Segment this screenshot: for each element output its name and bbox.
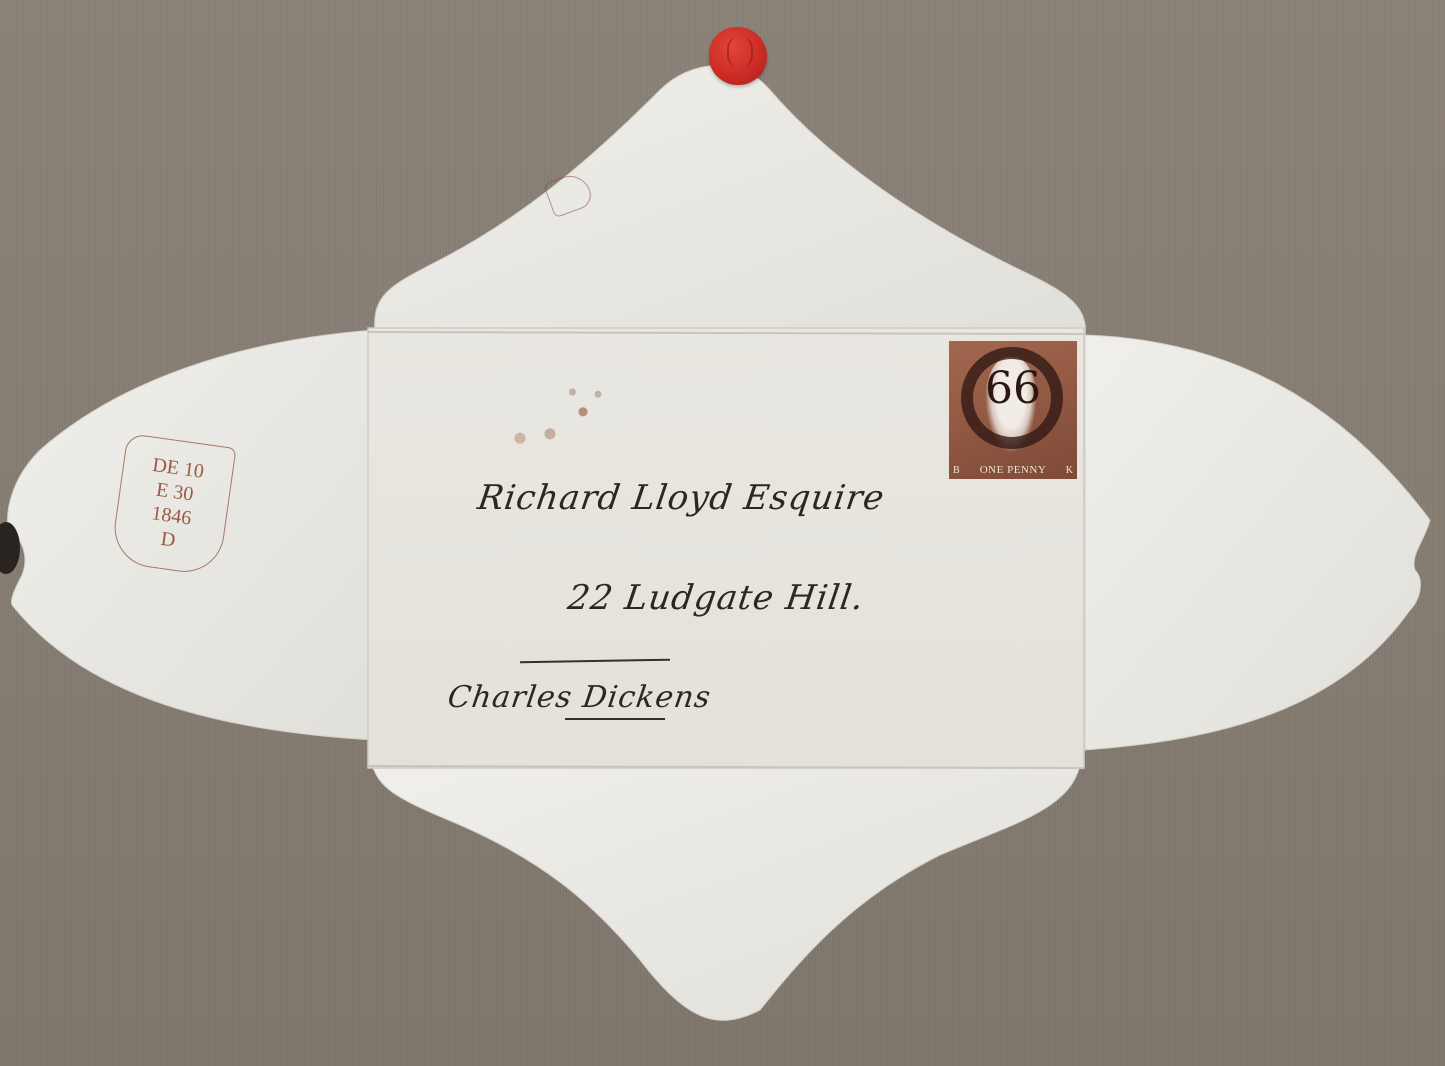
postmark: DE 10 E 30 1846 D: [109, 433, 236, 577]
stamp-denomination: ONE PENNY: [949, 464, 1077, 476]
wax-seal: [709, 27, 767, 85]
address-street: 22 Ludgate Hill.: [565, 578, 867, 618]
bottom-flap: [372, 765, 1080, 1020]
right-flap: [1085, 335, 1430, 750]
top-flap: [375, 66, 1086, 335]
cancellation-number: 66: [977, 363, 1049, 414]
postage-stamp: 66 B ONE PENNY K: [949, 341, 1077, 479]
signature-underline: [565, 718, 665, 720]
stamp-corner-right: K: [1066, 465, 1073, 476]
faint-postmark-traces: [490, 370, 640, 480]
address-recipient: Richard Lloyd Esquire: [475, 478, 887, 518]
signature: Charles Dickens: [446, 680, 714, 715]
